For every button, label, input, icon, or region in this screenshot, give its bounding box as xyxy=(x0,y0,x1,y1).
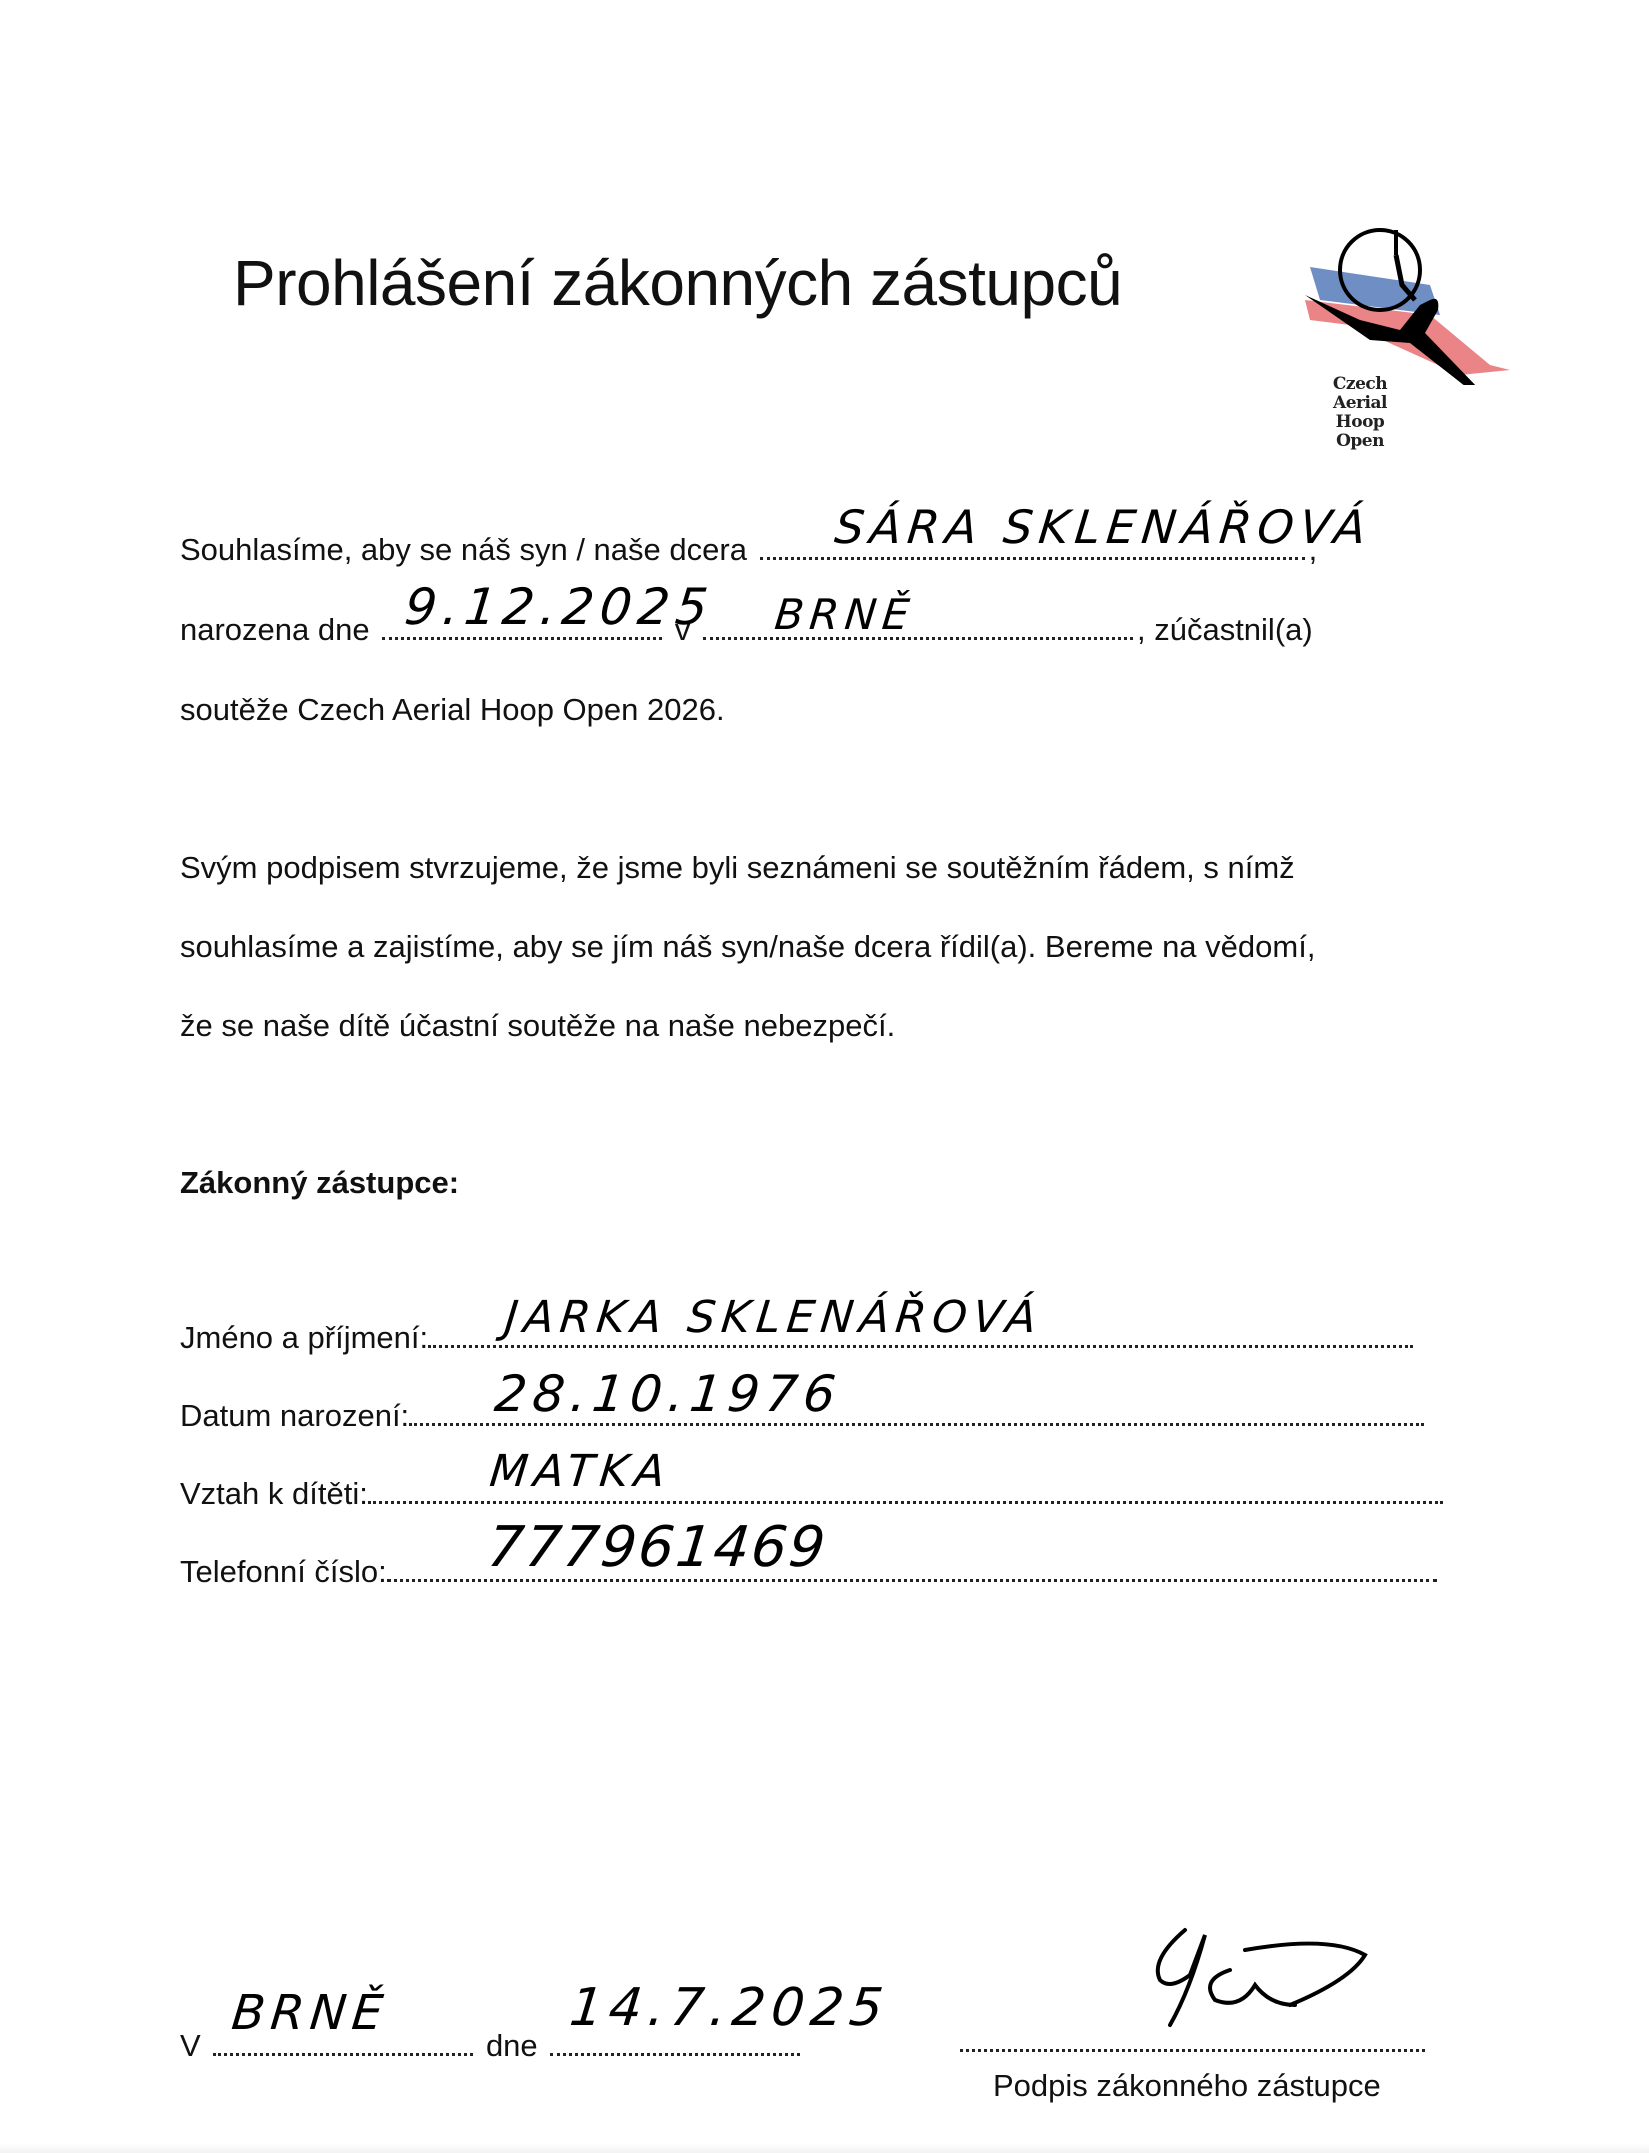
field-label: Jméno a příjmení: xyxy=(180,1320,428,1355)
aerial-hoop-dancer-logo-icon xyxy=(1290,225,1515,385)
child-name-handwritten: SÁRA SKLENÁŘOVÁ xyxy=(832,500,1374,554)
logo-line-2: Hoop Open xyxy=(1310,413,1410,451)
handwritten-signature-icon xyxy=(1130,1920,1410,2030)
consent-line-1-prefix: Souhlasíme, aby se náš syn / naše dcera xyxy=(180,532,747,567)
guardian-field-relationship: Vztah k dítěti: xyxy=(180,1476,1447,1512)
declaration-line-2: souhlasíme a zajistíme, aby se jím náš s… xyxy=(180,929,1315,965)
child-birth-date-field[interactable] xyxy=(382,637,662,640)
guardian-name-input[interactable] xyxy=(428,1345,1413,1348)
guardian-name-handwritten: JARKA SKLENÁŘOVÁ xyxy=(502,1292,1044,1343)
declaration-line-3: že se naše dítě účastní soutěže na naše … xyxy=(180,1008,895,1044)
signature-date-field[interactable] xyxy=(550,2053,800,2056)
field-label: Vztah k dítěti: xyxy=(180,1476,368,1511)
declaration-line-1: Svým podpisem stvrzujeme, že jsme byli s… xyxy=(180,850,1295,886)
page-edge xyxy=(0,2143,1649,2153)
guardian-relationship-handwritten: MATKA xyxy=(487,1446,673,1497)
signature-place-field[interactable] xyxy=(213,2053,473,2056)
guardian-phone-handwritten: 777961469 xyxy=(485,1515,831,1580)
consent-line-2: narozena dne v , zúčastnil(a) xyxy=(180,612,1313,648)
consent-line-2-prefix: narozena dne xyxy=(180,612,370,647)
signature-place-handwritten: BRNĚ xyxy=(229,1985,391,2041)
guardian-relationship-input[interactable] xyxy=(368,1501,1443,1504)
consent-line-2-suffix: , zúčastnil(a) xyxy=(1137,612,1313,647)
event-logo: Czech Aerial Hoop Open xyxy=(1290,225,1515,425)
place-prefix: V xyxy=(180,2028,201,2063)
guardian-birthdate-input[interactable] xyxy=(409,1423,1424,1426)
signature-label: Podpis zákonného zástupce xyxy=(993,2068,1381,2104)
field-label: Telefonní číslo: xyxy=(180,1554,387,1589)
signature-date-handwritten: 14.7.2025 xyxy=(567,1978,892,2038)
child-birth-place-field[interactable] xyxy=(703,637,1133,640)
child-birth-place-handwritten: BRNĚ xyxy=(772,590,917,639)
guardian-heading: Zákonný zástupce: xyxy=(180,1165,459,1201)
field-label: Datum narození: xyxy=(180,1398,409,1433)
logo-line-1: Czech Aerial xyxy=(1310,375,1410,413)
page-title: Prohlášení zákonných zástupců xyxy=(233,246,1122,320)
signature-field[interactable] xyxy=(960,2049,1425,2052)
date-prefix: dne xyxy=(486,2028,538,2063)
consent-line-3: soutěže Czech Aerial Hoop Open 2026. xyxy=(180,692,725,728)
guardian-birthdate-handwritten: 28.10.1976 xyxy=(492,1365,844,1423)
child-name-field[interactable] xyxy=(760,557,1305,560)
child-birth-date-handwritten: 9.12.2025 xyxy=(402,578,717,636)
